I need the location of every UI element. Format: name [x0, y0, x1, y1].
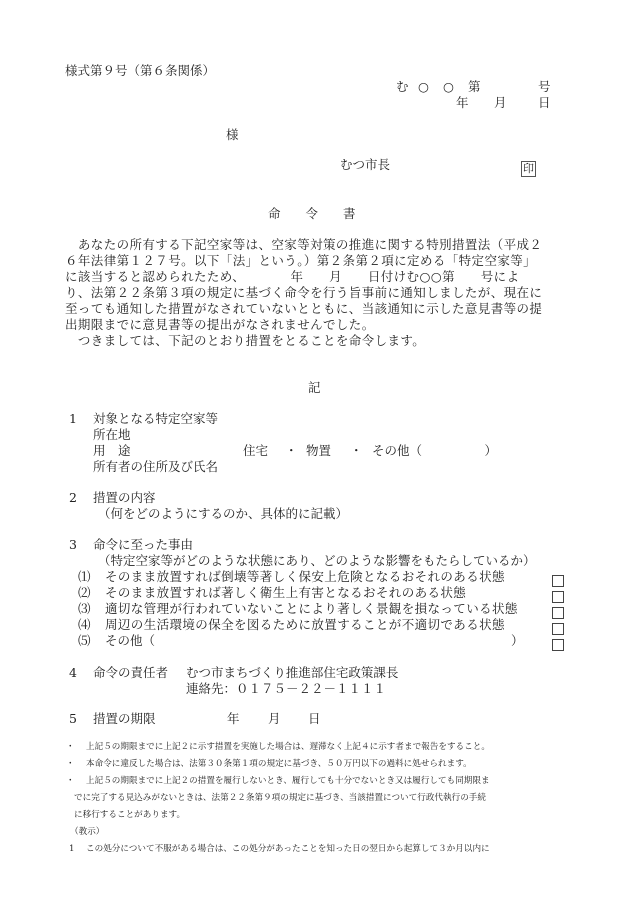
reason-text: そのまま放置すれば著しく衛生上有害となるおそれのある状態 — [105, 585, 466, 601]
checkbox-icon — [552, 575, 564, 587]
instruction-1-number: 1 — [69, 841, 74, 858]
ki-heading: 記 — [308, 380, 321, 396]
addressee-suffix: 様 — [226, 127, 239, 143]
contact-number: 連絡先：０１７５－２２－１１１１ — [186, 681, 386, 697]
use-separator: ・ — [285, 443, 298, 459]
form-number: 様式第９号（第６条関係） — [65, 63, 215, 79]
reason-close-paren: ） — [511, 633, 524, 649]
checkbox-icon — [552, 607, 564, 619]
note-penalty: 本命令に違反した場合は、法第３０条第１項の規定に基づき、５０万円以下の過料に処せ… — [86, 756, 472, 773]
section-3-number: 3 — [69, 537, 77, 553]
body-line: り、法第２２条第３項の規定に基づく命令を行う旨事前に通知しましたが、現在に — [65, 285, 565, 301]
reason-text: 適切な管理が行われていないことにより著しく景観を損なっている状態 — [105, 601, 518, 617]
bullet: ・ — [66, 739, 75, 756]
issuer-name: むつ市長 — [340, 157, 390, 173]
body-paragraph: あなたの所有する下記空家等は、空家等対策の推進に関する特別措置法（平成２ ６年法… — [65, 237, 565, 349]
checkbox-icon — [552, 591, 564, 603]
responsible-person: むつ市まちづくり推進部住宅政策課長 — [186, 665, 398, 681]
checkbox-icon — [552, 639, 564, 651]
section-5-title: 措置の期限 — [93, 711, 156, 727]
owner-label: 所有者の住所及び氏名 — [93, 459, 218, 475]
section-2-number: 2 — [69, 490, 77, 506]
use-option-house: 住宅 — [243, 443, 268, 459]
use-option-other: その他（ ） — [372, 443, 497, 459]
instruction-heading: （教示） — [70, 824, 104, 841]
section-1-number: 1 — [69, 411, 77, 427]
body-line: つきましては、下記のとおり措置をとることを命令します。 — [65, 333, 565, 349]
section-4-number: 4 — [69, 665, 77, 681]
doc-number-dai: 第 — [468, 79, 481, 95]
deadline-day: 日 — [308, 711, 321, 727]
reason-number: ⑵ — [78, 585, 91, 601]
doc-number-circle-2: ○ — [443, 79, 454, 95]
reason-number: ⑷ — [78, 617, 91, 633]
reason-number: ⑸ — [78, 633, 91, 649]
note-execution-line-3: に移行することがあります。 — [74, 807, 185, 824]
instruction-1-text: この処分について不服がある場合は、この処分があったことを知った日の翌日から起算し… — [86, 841, 490, 858]
body-line: ６年法律第１２７号。以下「法」という。）第２条第２項に定める「特定空家等」 — [65, 253, 565, 269]
deadline-month: 月 — [268, 711, 281, 727]
seal-mark: 印 — [521, 157, 536, 177]
doc-number-prefix: む — [396, 79, 409, 95]
reason-text: そのまま放置すれば倒壊等著しく保安上危険となるおそれのある状態 — [105, 569, 505, 585]
note-report: 上記５の期限までに上記２に示す措置を実施した場合は、遅滞なく上記４に示す者まで報… — [86, 739, 490, 756]
bullet: ・ — [66, 756, 75, 773]
section-5-number: 5 — [69, 711, 77, 727]
use-separator: ・ — [350, 443, 363, 459]
date-month: 月 — [494, 95, 507, 111]
doc-number-circle-1: ○ — [418, 79, 429, 95]
checkbox-icon — [552, 623, 564, 635]
reason-number: ⑶ — [78, 601, 91, 617]
location-label: 所在地 — [93, 427, 131, 443]
date-day: 日 — [538, 95, 551, 111]
deadline-year: 年 — [227, 711, 240, 727]
reason-text: その他（ — [105, 633, 155, 649]
use-option-storage: 物置 — [306, 443, 331, 459]
date-year: 年 — [456, 95, 469, 111]
section-2-note: （何をどのようにするのか、具体的に記載） — [98, 506, 348, 522]
seal-icon: 印 — [521, 161, 536, 177]
section-4-title: 命令の責任者 — [93, 665, 168, 681]
note-execution-line-2: でに完了する見込みがないときは、法第２２条第９項の規定に基づき、当該措置について… — [74, 790, 486, 807]
use-label: 用 途 — [93, 443, 131, 459]
body-line: あなたの所有する下記空家等は、空家等対策の推進に関する特別措置法（平成２ — [65, 237, 565, 253]
body-line: 出期限までに意見書等の提出がなされませんでした。 — [65, 317, 565, 333]
section-3-title: 命令に至った事由 — [93, 537, 193, 553]
body-line: 至っても通知した措置がなされていないとともに、当該通知に示した意見書等の提 — [65, 301, 565, 317]
section-2-title: 措置の内容 — [93, 490, 156, 506]
bullet: ・ — [66, 773, 75, 790]
body-line: に該当すると認められたため、 年 月 日付けむ○○第 号によ — [65, 269, 565, 285]
section-3-note: （特定空家等がどのような状態にあり、どのような影響をもたらしているか） — [98, 553, 536, 569]
document-title: 命 令 書 — [268, 206, 356, 222]
reason-text: 周辺の生活環境の保全を図るために放置することが不適切である状態 — [105, 617, 505, 633]
section-1-title: 対象となる特定空家等 — [93, 411, 218, 427]
reason-number: ⑴ — [78, 569, 91, 585]
reason-checkbox[interactable] — [552, 636, 564, 655]
note-execution-line-1: 上記５の期限までに上記２の措置を履行しないとき、履行しても十分でないとき又は履行… — [86, 773, 490, 790]
doc-number-go: 号 — [538, 79, 551, 95]
